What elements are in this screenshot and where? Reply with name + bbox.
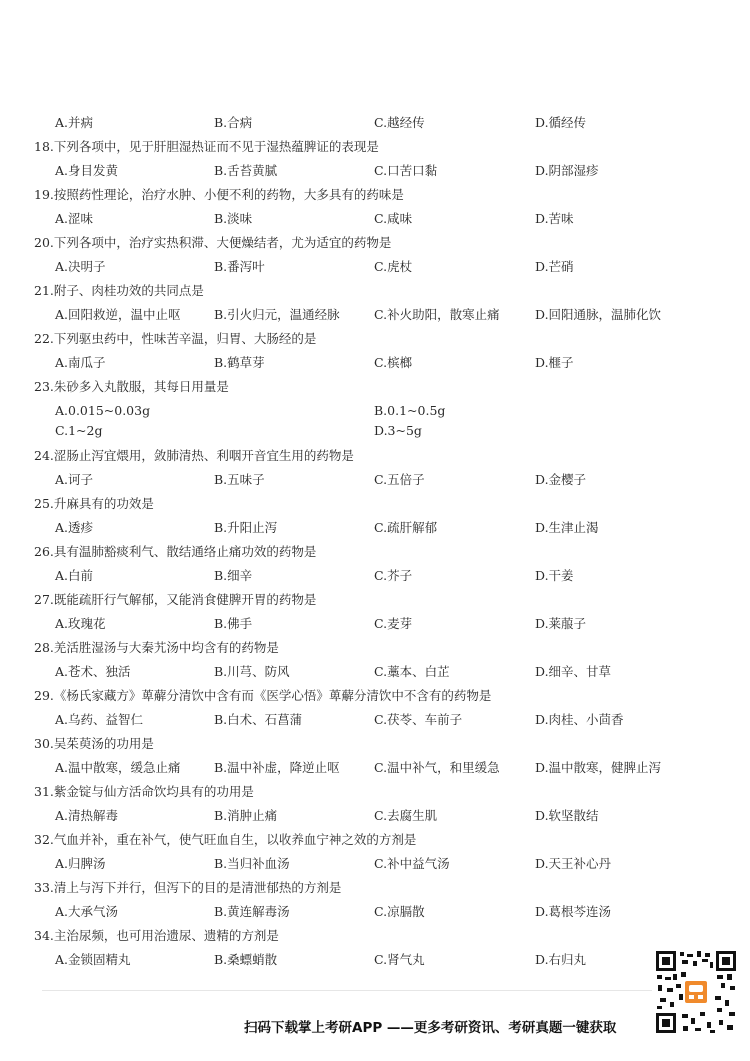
option-a: A.回阳救逆，温中止呕 — [55, 304, 181, 326]
option-c: C.口苦口黏 — [374, 160, 437, 182]
option-c: C.疏肝解郁 — [374, 517, 437, 539]
option-a: A.苍术、独活 — [55, 661, 131, 683]
options-row-18: A.身目发黄 B.舌苔黄腻 C.口苦口黏 D.阴部湿疹 — [0, 160, 750, 182]
option-b: B.白术、石菖蒲 — [214, 709, 302, 731]
option-c: C.1~2g — [55, 420, 102, 442]
option-a: A.金锁固精丸 — [55, 949, 131, 971]
options-row-29: A.乌药、益智仁 B.白术、石菖蒲 C.茯苓、车前子 D.肉桂、小茴香 — [0, 709, 750, 731]
options-row-23b: C.1~2g D.3~5g — [0, 420, 750, 442]
option-b: B.淡味 — [214, 208, 252, 230]
option-d: D.芒硝 — [535, 256, 574, 278]
option-a: A.并病 — [55, 112, 93, 134]
option-a: A.透疹 — [55, 517, 93, 539]
option-a: A.南瓜子 — [55, 352, 106, 374]
options-row-27: A.玫瑰花 B.佛手 C.麦芽 D.莱菔子 — [0, 613, 750, 635]
option-a: A.身目发黄 — [55, 160, 118, 182]
options-row-26: A.白前 B.细辛 C.芥子 D.干姜 — [0, 565, 750, 587]
option-a: A.归脾汤 — [55, 853, 106, 875]
question-stem-30: 30.吴茱萸汤的功用是 — [34, 733, 750, 755]
option-d: D.金樱子 — [535, 469, 586, 491]
option-a: A.白前 — [55, 565, 93, 587]
option-c: C.越经传 — [374, 112, 425, 134]
option-c: C.茯苓、车前子 — [374, 709, 462, 731]
question-stem-18: 18.下列各项中，见于肝胆湿热证而不见于湿热蕴脾证的表现是 — [34, 136, 750, 158]
option-c: C.麦芽 — [374, 613, 412, 635]
option-d: D.肉桂、小茴香 — [535, 709, 624, 731]
question-stem-32: 32.气血并补，重在补气，使气旺血自生，以收养血宁神之效的方剂是 — [34, 829, 750, 851]
options-row-28: A.苍术、独活 B.川芎、防风 C.藁本、白芷 D.细辛、甘草 — [0, 661, 750, 683]
option-a: A.大承气汤 — [55, 901, 118, 923]
option-a: A.决明子 — [55, 256, 106, 278]
options-row-32: A.归脾汤 B.当归补血汤 C.补中益气汤 D.天王补心丹 — [0, 853, 750, 875]
option-d: D.苦味 — [535, 208, 574, 230]
option-c: C.温中补气，和里缓急 — [374, 757, 500, 779]
question-stem-34: 34.主治尿频，也可用治遗尿、遗精的方剂是 — [34, 925, 750, 947]
option-a: A.涩味 — [55, 208, 93, 230]
option-c: C.肾气丸 — [374, 949, 425, 971]
options-row-25: A.透疹 B.升阳止泻 C.疏肝解郁 D.生津止渴 — [0, 517, 750, 539]
options-row-31: A.清热解毒 B.消肿止痛 C.去腐生肌 D.软坚散结 — [0, 805, 750, 827]
option-d: D.循经传 — [535, 112, 586, 134]
option-d: D.莱菔子 — [535, 613, 586, 635]
option-b: B.鹤草芽 — [214, 352, 265, 374]
option-d: D.细辛、甘草 — [535, 661, 611, 683]
question-stem-31: 31.紫金锭与仙方活命饮均具有的功用是 — [34, 781, 750, 803]
option-d: D.干姜 — [535, 565, 574, 587]
question-stem-27: 27.既能疏肝行气解郁，又能消食健脾开胃的药物是 — [34, 589, 750, 611]
option-b: B.五味子 — [214, 469, 265, 491]
option-b: B.0.1~0.5g — [374, 400, 445, 422]
option-d: D.右归丸 — [535, 949, 586, 971]
question-stem-19: 19.按照药性理论，治疗水肿、小便不利的药物，大多具有的药味是 — [34, 184, 750, 206]
option-b: B.舌苔黄腻 — [214, 160, 277, 182]
option-b: B.当归补血汤 — [214, 853, 290, 875]
options-row-21: A.回阳救逆，温中止呕 B.引火归元，温通经脉 C.补火助阳，散寒止痛 D.回阳… — [0, 304, 750, 326]
option-c: C.凉膈散 — [374, 901, 425, 923]
question-stem-23: 23.朱砂多入丸散服，其每日用量是 — [34, 376, 750, 398]
option-b: B.细辛 — [214, 565, 252, 587]
option-d: D.天王补心丹 — [535, 853, 611, 875]
option-d: D.阴部湿疹 — [535, 160, 599, 182]
option-c: C.补中益气汤 — [374, 853, 450, 875]
option-c: C.去腐生肌 — [374, 805, 437, 827]
options-row-24: A.诃子 B.五味子 C.五倍子 D.金樱子 — [0, 469, 750, 491]
option-b: B.佛手 — [214, 613, 252, 635]
option-a: A.诃子 — [55, 469, 93, 491]
question-stem-26: 26.具有温肺豁痰利气、散结通络止痛功效的药物是 — [34, 541, 750, 563]
question-stem-20: 20.下列各项中，治疗实热积滞、大便燥结者，尤为适宜的药物是 — [34, 232, 750, 254]
option-b: B.引火归元，温通经脉 — [214, 304, 340, 326]
option-d: D.3~5g — [374, 420, 422, 442]
options-row-23a: A.0.015~0.03g B.0.1~0.5g — [0, 400, 750, 422]
options-row-34: A.金锁固精丸 B.桑螵蛸散 C.肾气丸 D.右归丸 — [0, 949, 750, 971]
option-a: A.0.015~0.03g — [55, 400, 150, 422]
option-d: D.回阳通脉，温肺化饮 — [535, 304, 661, 326]
question-stem-33: 33.清上与泻下并行，但泻下的目的是清泄郁热的方剂是 — [34, 877, 750, 899]
question-stem-24: 24.涩肠止泻宜煨用，敛肺清热、利咽开音宜生用的药物是 — [34, 445, 750, 467]
options-row-22: A.南瓜子 B.鹤草芽 C.槟榔 D.榧子 — [0, 352, 750, 374]
options-row-20: A.决明子 B.番泻叶 C.虎杖 D.芒硝 — [0, 256, 750, 278]
question-stem-22: 22.下列驱虫药中，性味苦辛温，归胃、大肠经的是 — [34, 328, 750, 350]
option-d: D.榧子 — [535, 352, 574, 374]
footer-promo-text: 扫码下载掌上考研APP ——更多考研资讯、考研真题一键获取 — [244, 1016, 616, 1036]
option-c: C.虎杖 — [374, 256, 412, 278]
option-b: B.川芎、防风 — [214, 661, 290, 683]
options-row-19: A.涩味 B.淡味 C.咸味 D.苦味 — [0, 208, 750, 230]
option-c: C.五倍子 — [374, 469, 425, 491]
question-stem-29: 29.《杨氏家藏方》萆薢分清饮中含有而《医学心悟》萆薢分清饮中不含有的药物是 — [34, 685, 750, 707]
option-b: B.桑螵蛸散 — [214, 949, 277, 971]
option-c: C.咸味 — [374, 208, 412, 230]
question-stem-21: 21.附子、肉桂功效的共同点是 — [34, 280, 750, 302]
option-b: B.消肿止痛 — [214, 805, 277, 827]
options-row-33: A.大承气汤 B.黄连解毒汤 C.凉膈散 D.葛根芩连汤 — [0, 901, 750, 923]
option-d: D.温中散寒，健脾止泻 — [535, 757, 661, 779]
option-b: B.黄连解毒汤 — [214, 901, 290, 923]
qr-code-icon[interactable] — [655, 950, 737, 1034]
option-b: B.合病 — [214, 112, 252, 134]
option-c: C.藁本、白芷 — [374, 661, 450, 683]
option-a: A.清热解毒 — [55, 805, 118, 827]
option-d: D.生津止渴 — [535, 517, 599, 539]
option-b: B.升阳止泻 — [214, 517, 277, 539]
options-row-30: A.温中散寒，缓急止痛 B.温中补虚，降逆止呕 C.温中补气，和里缓急 D.温中… — [0, 757, 750, 779]
option-a: A.玫瑰花 — [55, 613, 106, 635]
options-row-17: A.并病 B.合病 C.越经传 D.循经传 — [0, 112, 750, 134]
option-a: A.温中散寒，缓急止痛 — [55, 757, 181, 779]
option-b: B.温中补虚，降逆止呕 — [214, 757, 340, 779]
question-stem-28: 28.羌活胜湿汤与大秦艽汤中均含有的药物是 — [34, 637, 750, 659]
footer-divider — [42, 990, 652, 991]
option-c: C.补火助阳，散寒止痛 — [374, 304, 500, 326]
option-a: A.乌药、益智仁 — [55, 709, 143, 731]
option-d: D.软坚散结 — [535, 805, 599, 827]
option-c: C.芥子 — [374, 565, 412, 587]
question-stem-25: 25.升麻具有的功效是 — [34, 493, 750, 515]
option-b: B.番泻叶 — [214, 256, 265, 278]
option-c: C.槟榔 — [374, 352, 412, 374]
option-d: D.葛根芩连汤 — [535, 901, 611, 923]
